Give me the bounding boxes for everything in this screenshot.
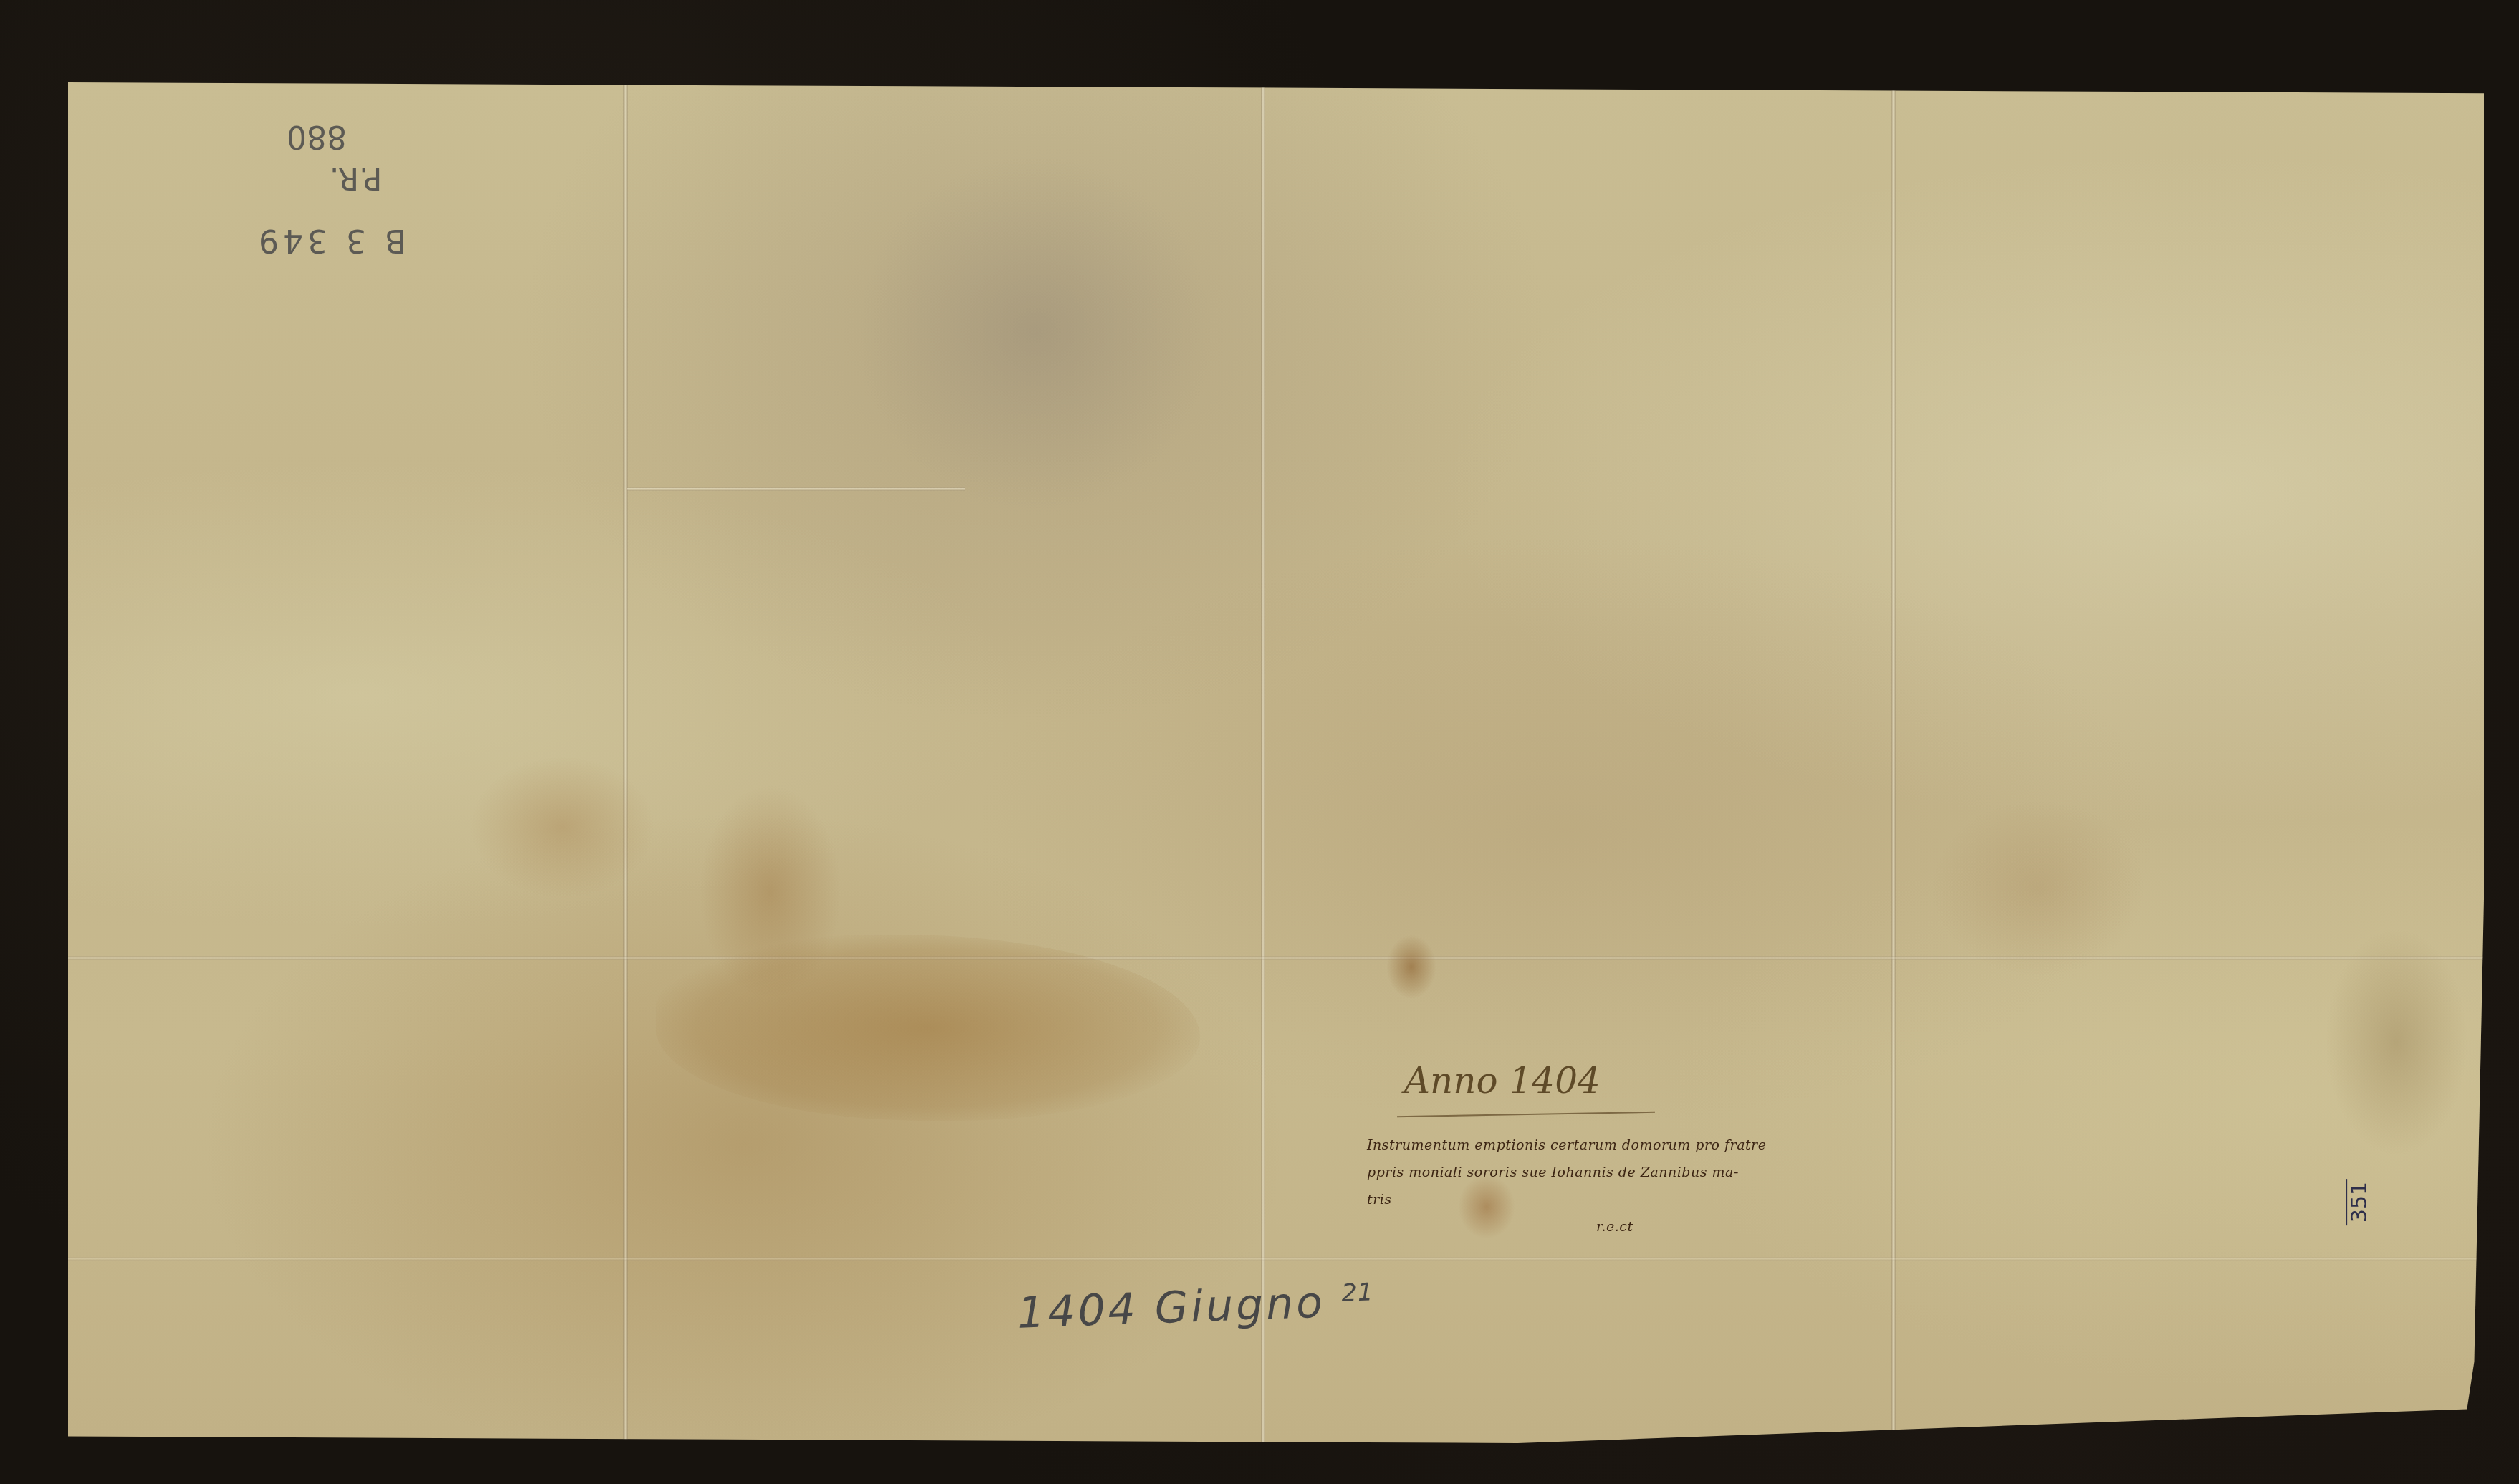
ink-stain [1458,1175,1515,1239]
pencil-date-year: 1404 [1017,1284,1139,1339]
note-line: Instrumentum emptionis certarum domorum … [1367,1132,1740,1159]
fold-line-horizontal [68,956,2484,960]
note-line: tris [1367,1186,1740,1213]
fold-line-vertical [623,82,628,1443]
stain [2325,927,2468,1157]
year-heading: Anno 1404 [1404,1060,1601,1102]
fold-line-vertical [1891,82,1896,1443]
shelfmark-pr: P.R. [330,161,382,196]
stain [469,756,656,899]
fold-line-horizontal [627,487,965,491]
fold-line-vertical [1261,82,1265,1443]
stain [1931,799,2146,978]
pencil-date-day: 21 [1341,1278,1375,1308]
fold-line-horizontal [68,1257,2484,1261]
folio-number: 351 [2346,1179,2372,1225]
shelfmark-880: 880 [287,118,347,155]
stain [1386,935,1436,999]
parchment-sheet [68,82,2484,1443]
note-line: r.e.ct [1367,1213,1740,1240]
note-line: ppris moniali sororis sue Iohannis de Za… [1367,1159,1740,1186]
pencil-date-month: Giugno [1154,1278,1326,1334]
water-stain [656,935,1200,1121]
shelfmark-b3: B 3 349 [254,222,406,259]
stain [856,154,1214,512]
medieval-dorsal-note: Instrumentum emptionis certarum domorum … [1367,1132,1740,1240]
